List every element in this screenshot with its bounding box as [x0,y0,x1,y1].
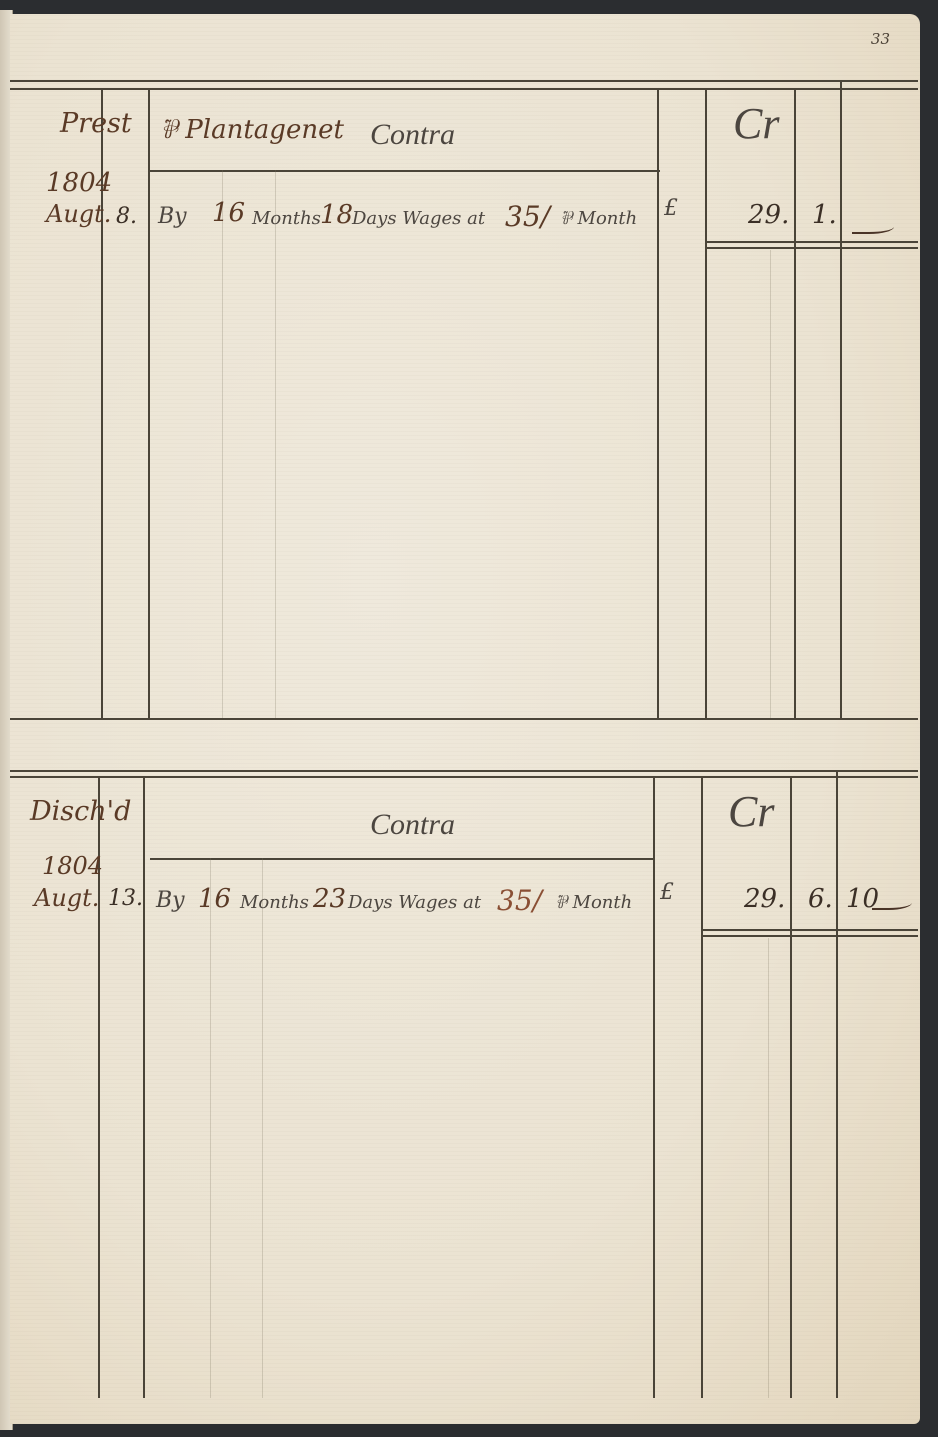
entry-rate: 35/ [497,884,542,917]
top-double-rule-a [10,770,918,772]
col-rule-pence [836,770,838,1398]
amount-shillings: 6. [808,884,833,914]
entry-month: Augt. [46,200,111,228]
currency-symbol: £ [664,196,678,221]
col-rule-shillings [790,776,792,1398]
col-rule-text-end [653,776,655,1398]
status-note: Disch'd [30,796,131,827]
col-rule-day [143,776,145,1398]
top-double-rule-b [10,776,918,778]
entry-year: 1804 [46,168,112,198]
col-rule-shillings [794,88,796,718]
currency-symbol: £ [660,880,674,905]
amount-pounds: 29. [748,200,789,230]
entry-year: 1804 [42,852,103,880]
top-double-rule-b [10,88,918,90]
col-rule-pounds [701,776,703,1398]
entry-per-month: ⅌ Month [555,890,632,914]
col-rule-text-end [657,88,659,718]
col-rule-day [148,88,150,718]
top-double-rule-a [10,80,918,82]
credit-heading: Cr [733,98,779,149]
heading-contra: Contra [370,118,455,152]
amount-pounds: 29. [744,884,785,914]
amount-double-rule-b [703,935,918,937]
heading-contra: Contra [370,808,455,842]
amount-double-rule-b [706,247,918,249]
entry-months-label: Months [252,208,321,229]
credit-heading: Cr [728,786,774,837]
entry-months-label: Months [240,892,309,913]
ship-note: ⅌ Plantagenet [160,110,344,146]
entry-days-label: Days Wages at [352,208,485,229]
entry-months-value: 16 [198,884,231,914]
heading-underline [150,170,660,172]
heading-underline [150,858,655,860]
status-note: Prest [60,108,132,139]
col-rule-pounds [705,88,707,718]
col-rule-pence [840,80,842,718]
entry-by: By [158,204,187,229]
entry-months-value: 16 [212,198,245,228]
amount-double-rule-a [703,929,918,931]
amount-double-rule-a [706,241,918,243]
section-bottom-rule [10,718,918,720]
entry-month: Augt. [34,884,99,912]
entry-rate: 35/ [505,200,550,233]
entry-days-value: 23 [313,884,346,914]
entry-days-label: Days Wages at [348,892,481,913]
page-number: 33 [871,30,890,48]
entry-day: 8. [116,204,137,229]
entry-by: By [156,888,185,913]
entry-day: 13. [108,886,143,911]
entry-per-month: ⅌ Month [560,206,637,230]
amount-shillings: 1. [812,200,837,230]
entry-days-value: 18 [320,200,353,230]
